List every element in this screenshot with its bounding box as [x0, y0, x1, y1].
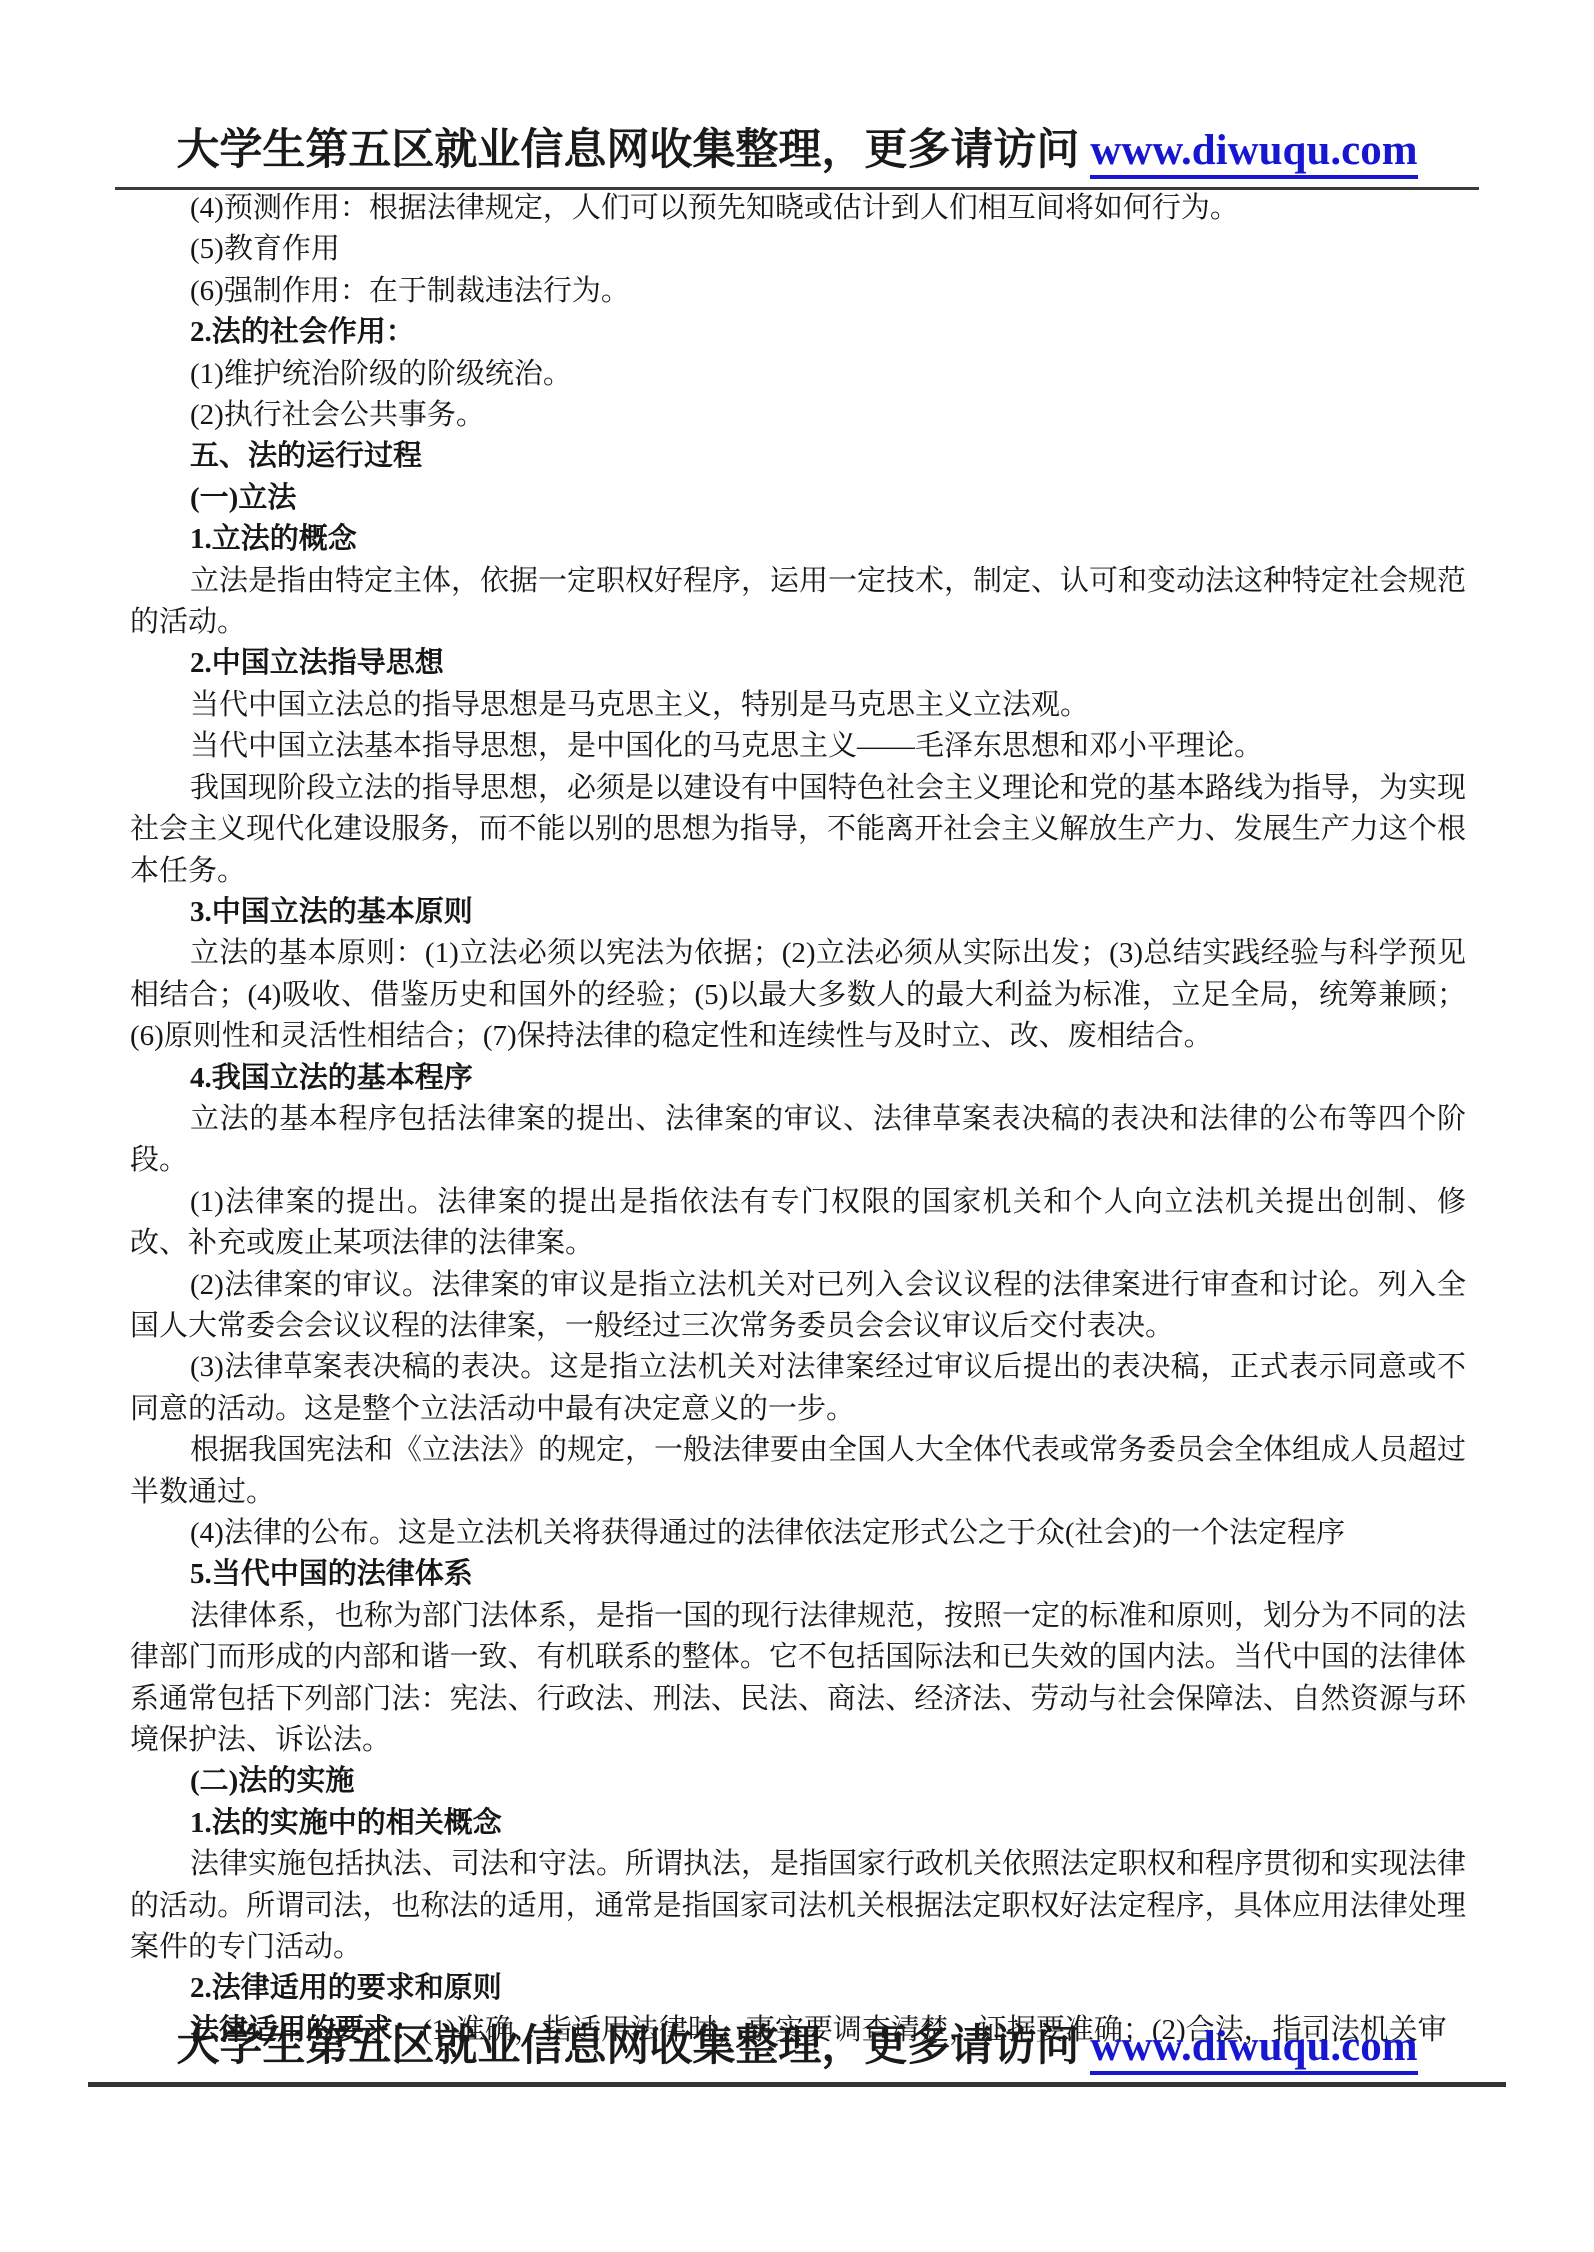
heading: 1.立法的概念 [130, 519, 1466, 560]
heading: 五、法的运行过程 [130, 436, 1466, 477]
paragraph: (4)预测作用：根据法律规定，人们可以预先知晓或估计到人们相互间将如何行为。 [130, 188, 1466, 229]
paragraph: 根据我国宪法和《立法法》的规定，一般法律要由全国人大全体代表或常务委员会全体组成… [130, 1430, 1466, 1513]
paragraph: 当代中国立法总的指导思想是马克思主义，特别是马克思主义立法观。 [130, 685, 1466, 726]
document-body: (4)预测作用：根据法律规定，人们可以预先知晓或估计到人们相互间将如何行为。(5… [130, 188, 1466, 2051]
footer-text: 大学生第五区就业信息网收集整理，更多请访问 [176, 2023, 1090, 2070]
heading: 4.我国立法的基本程序 [130, 1058, 1466, 1099]
paragraph: (1)法律案的提出。法律案的提出是指依法有专门权限的国家机关和个人向立法机关提出… [130, 1182, 1466, 1265]
document-page: 大学生第五区就业信息网收集整理，更多请访问 www.diwuqu.com (4)… [0, 0, 1594, 2252]
paragraph: (2)执行社会公共事务。 [130, 395, 1466, 436]
heading: 5.当代中国的法律体系 [130, 1554, 1466, 1595]
heading: (二)法的实施 [130, 1761, 1466, 1802]
heading: 2.中国立法指导思想 [130, 643, 1466, 684]
paragraph: (2)法律案的审议。法律案的审议是指立法机关对已列入会议议程的法律案进行审查和讨… [130, 1265, 1466, 1348]
heading: 1.法的实施中的相关概念 [130, 1803, 1466, 1844]
header-link[interactable]: www.diwuqu.com [1090, 127, 1417, 179]
heading: 3.中国立法的基本原则 [130, 892, 1466, 933]
paragraph: (6)强制作用：在于制裁违法行为。 [130, 271, 1466, 312]
header-text: 大学生第五区就业信息网收集整理，更多请访问 [176, 127, 1090, 174]
paragraph: (5)教育作用 [130, 229, 1466, 270]
paragraph: 立法的基本程序包括法律案的提出、法律案的审议、法律草案表决稿的表决和法律的公布等… [130, 1099, 1466, 1182]
paragraph: 立法是指由特定主体，依据一定职权好程序，运用一定技术，制定、认可和变动法这种特定… [130, 561, 1466, 644]
footer-link[interactable]: www.diwuqu.com [1090, 2023, 1417, 2075]
paragraph: (1)维护统治阶级的阶级统治。 [130, 354, 1466, 395]
paragraph: (4)法律的公布。这是立法机关将获得通过的法律依法定形式公之于众(社会)的一个法… [130, 1513, 1466, 1554]
paragraph: 法律体系，也称为部门法体系，是指一国的现行法律规范，按照一定的标准和原则，划分为… [130, 1596, 1466, 1762]
paragraph: (3)法律草案表决稿的表决。这是指立法机关对法律案经过审议后提出的表决稿，正式表… [130, 1347, 1466, 1430]
paragraph: 法律实施包括执法、司法和守法。所谓执法，是指国家行政机关依照法定职权和程序贯彻和… [130, 1844, 1466, 1968]
paragraph: 我国现阶段立法的指导思想，必须是以建设有中国特色社会主义理论和党的基本路线为指导… [130, 768, 1466, 892]
heading: (一)立法 [130, 478, 1466, 519]
page-header: 大学生第五区就业信息网收集整理，更多请访问 www.diwuqu.com [115, 116, 1479, 190]
heading: 2.法的社会作用： [130, 312, 1466, 353]
paragraph: 立法的基本原则：(1)立法必须以宪法为依据；(2)立法必须从实际出发；(3)总结… [130, 933, 1466, 1057]
page-footer: 大学生第五区就业信息网收集整理，更多请访问 www.diwuqu.com [88, 2012, 1506, 2087]
paragraph: 当代中国立法基本指导思想，是中国化的马克思主义——毛泽东思想和邓小平理论。 [130, 726, 1466, 767]
heading: 2.法律适用的要求和原则 [130, 1968, 1466, 2009]
